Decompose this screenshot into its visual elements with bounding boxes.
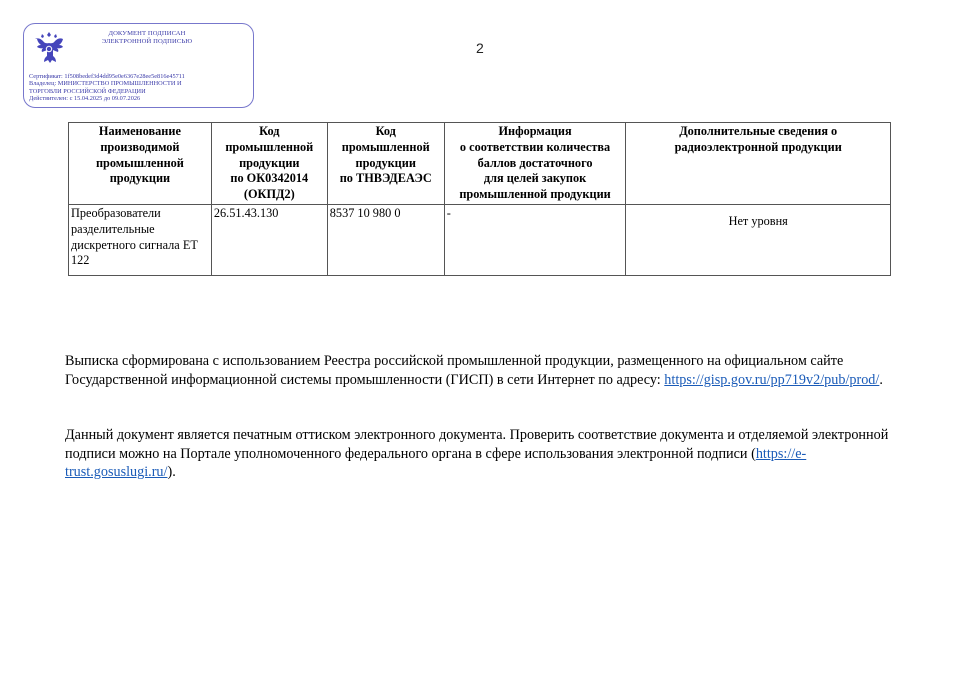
signature-note-suffix: ). <box>167 464 175 480</box>
header-product-name: Наименованиепроизводимойпромышленнойпрод… <box>69 123 212 205</box>
cell-points-info: - <box>444 204 626 275</box>
stamp-owner: Владелец: МИНИСТЕРСТВО ПРОМЫШЛЕННОСТИ И <box>29 80 185 87</box>
header-points-info: Информацияо соответствии количествабалло… <box>444 123 626 205</box>
registry-note-suffix: . <box>879 372 883 388</box>
cell-radio-info: Нет уровня <box>626 204 891 275</box>
header-tnved-code: Кодпромышленнойпродукциипо ТНВЭДЕАЭС <box>327 123 444 205</box>
cell-product-name: Преобразователи разделительные дискретно… <box>69 204 212 275</box>
electronic-signature-stamp: ДОКУМЕНТ ПОДПИСАН ЭЛЕКТРОННОЙ ПОДПИСЬЮ С… <box>23 23 254 108</box>
stamp-owner: ТОРГОВЛИ РОССИЙСКОЙ ФЕДЕРАЦИИ <box>29 88 185 95</box>
stamp-validity: Действителен: с 15.04.2025 до 09.07.2026 <box>29 95 185 102</box>
table-header-row: Наименованиепроизводимойпромышленнойпрод… <box>69 123 891 205</box>
table-row: Преобразователи разделительные дискретно… <box>69 204 891 275</box>
stamp-title: ДОКУМЕНТ ПОДПИСАН ЭЛЕКТРОННОЙ ПОДПИСЬЮ <box>82 30 212 46</box>
stamp-details: Сертификат: 1f508bedef3d4dd95e0e6367e28e… <box>29 73 185 103</box>
stamp-title-line: ДОКУМЕНТ ПОДПИСАН <box>82 30 212 38</box>
header-okpd2-code: Кодпромышленнойпродукциипо ОК0342014(ОКП… <box>211 123 327 205</box>
stamp-title-line: ЭЛЕКТРОННОЙ ПОДПИСЬЮ <box>82 38 212 46</box>
cell-tnved-code: 8537 10 980 0 <box>327 204 444 275</box>
gisp-link[interactable]: https://gisp.gov.ru/pp719v2/pub/prod/ <box>664 372 879 388</box>
signature-note: Данный документ является печатным оттиск… <box>65 426 895 482</box>
header-radio-info: Дополнительные сведения орадиоэлектронно… <box>626 123 891 205</box>
cell-okpd2-code: 26.51.43.130 <box>211 204 327 275</box>
page-number: 2 <box>476 40 484 56</box>
product-table: Наименованиепроизводимойпромышленнойпрод… <box>68 122 891 276</box>
stamp-certificate: Сертификат: 1f508bedef3d4dd95e0e6367e28e… <box>29 73 185 80</box>
registry-note: Выписка сформирована с использованием Ре… <box>65 352 895 389</box>
double-headed-eagle-emblem-icon <box>32 29 66 65</box>
